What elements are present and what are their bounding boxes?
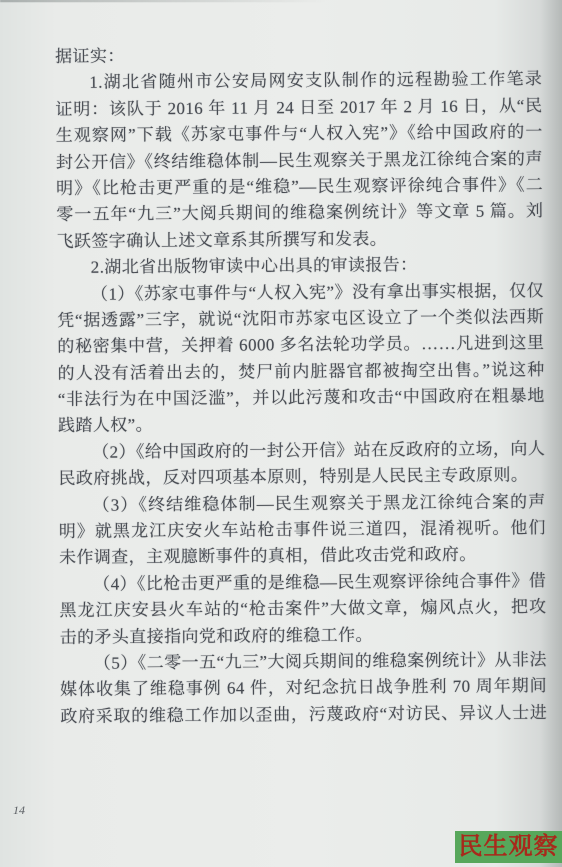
- document-line: 1.湖北省随州市公安局网安支队制作的远程勘验工作笔录: [55, 67, 542, 97]
- document-line: 封公开信》《终结维稳体制—民生观察关于黑龙江徐纯合案的声: [56, 146, 543, 176]
- document-line: 生观察网”下载《苏家屯事件与“人权入宪”》《给中国政府的一: [56, 119, 543, 149]
- document-line: 飞跃签字确认上述文章系其所撰写和发表。: [56, 225, 543, 255]
- document-line: （5）《二零一五“九三”大阅兵期间的维稳案例统计》从非法: [60, 647, 547, 677]
- document-line: （4）《比枪击更严重的是维稳—民生观察评徐纯合事件》借: [59, 568, 546, 598]
- document-line: “非法行为在中国泛滥”，并以此污蔑和攻击“中国政府在粗暴地: [58, 383, 545, 413]
- document-line: 民政府挑战，反对四项基本原则，特别是人民民主专政原则。: [58, 462, 545, 492]
- document-line: （3）《终结维稳体制—民生观察关于黑龙江徐纯合案的声: [59, 489, 546, 519]
- scan-top-edge: [0, 0, 326, 2]
- document-line: 凭“据透露”三字，就说“沈阳市苏家屯区设立了一个类似法西斯: [57, 304, 544, 334]
- document-line: 证明：该队于 2016 年 11 月 24 日至 2017 年 2 月 16 日…: [55, 93, 542, 123]
- document-line: （1）《苏家屯事件与“人权入宪”》没有拿出事实根据，仅仅: [57, 278, 544, 308]
- page-number: 14: [13, 803, 25, 818]
- document-line: 明》就黑龙江庆安火车站枪击事件说三道四，混淆视听。他们: [59, 515, 546, 545]
- document-line: 2.湖北省出版物审读中心出具的审读报告：: [57, 251, 544, 281]
- document-line: 未作调查，主观臆断事件的真相，借此攻击党和政府。: [59, 542, 546, 572]
- document-line: 媒体收集了维稳事例 64 件，对纪念抗日战争胜利 70 周年期间: [60, 674, 547, 704]
- document-line: 黑龙江庆安县火车站的“枪击案件”大做文章，煽风点火，把攻: [59, 594, 546, 624]
- document-line: 的人没有活着出去的，焚尸前内脏器官都被掏空出售。”说这种: [57, 357, 544, 387]
- document-line: 零一五年“九三”大阅兵期间的维稳案例统计》等文章 5 篇。刘: [56, 199, 543, 229]
- document-line: 据证实：: [55, 40, 542, 70]
- watermark-stamp: 民生观察: [455, 831, 562, 863]
- document-line: 明》《比枪击更严重的是“维稳”—民生观察评徐纯合事件》《二: [56, 172, 543, 202]
- document-line: 政府采取的维稳工作加以歪曲，污蔑政府“对访民、异议人士进: [60, 700, 547, 730]
- document-line: 的秘密集中营，关押着 6000 多名法轮功学员。……凡进到这里: [57, 330, 544, 360]
- document-line: 击的矛头直接指向党和政府的维稳工作。: [60, 621, 547, 651]
- document-line: 践踏人权”。: [58, 410, 545, 440]
- document-line: （2）《给中国政府的一封公开信》站在反政府的立场，向人: [58, 436, 545, 466]
- document-body: 据证实： 1.湖北省随州市公安局网安支队制作的远程勘验工作笔录 证明：该队于 2…: [55, 40, 547, 730]
- document-page: 据证实： 1.湖北省随州市公安局网安支队制作的远程勘验工作笔录 证明：该队于 2…: [0, 0, 562, 867]
